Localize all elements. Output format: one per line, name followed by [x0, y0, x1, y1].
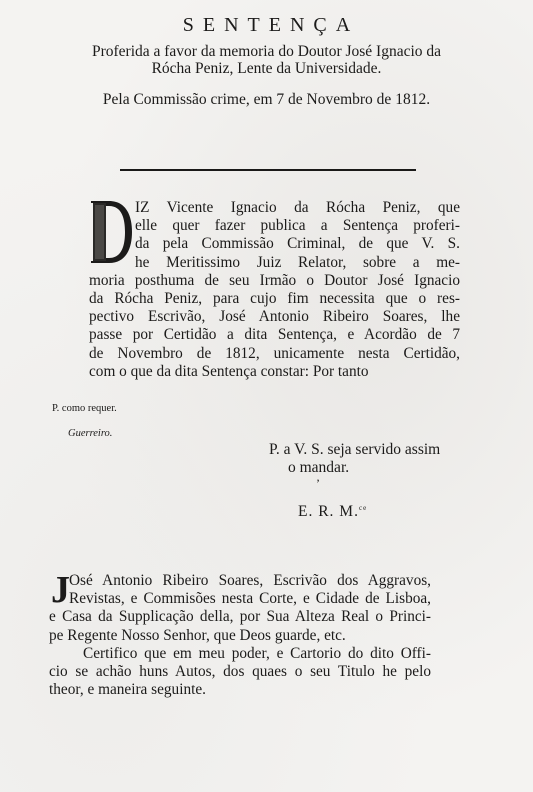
petition-paragraph: IZ Vicente Ignacio da Rócha Peniz, que e… [89, 199, 460, 381]
petition-line: elle quer fazer publica a Sentença profe… [89, 217, 460, 235]
horizontal-rule [120, 169, 416, 171]
document-page: SENTENÇA Proferida a favor da memoria do… [0, 0, 533, 792]
despacho-note: P. como requer. [52, 403, 117, 414]
petition-line: de Novembro de 1812, unicamente nesta Ce… [89, 345, 460, 363]
tick-mark-icon: ’ [316, 476, 320, 491]
certification-line: theor, e maneira seguinte. [49, 681, 431, 699]
petition-line: moria posthuma de seu Irmão o Doutor Jos… [89, 272, 460, 290]
request-line-1: P. a V. S. seja servido assim [269, 441, 440, 459]
certification-line: Revistas, e Commisões nesta Corte, e Cid… [49, 590, 431, 608]
petition-line: pectivo Escrivão, José Antonio Ribeiro S… [89, 308, 460, 326]
petition-line: passe por Certidão a dita Sentença, e Ac… [89, 326, 460, 344]
petition-line: com o que da dita Sentença constar: Por … [89, 363, 460, 381]
certification-paragraph: Osé Antonio Ribeiro Soares, Escrivão dos… [49, 572, 431, 699]
petition-line: he Meritissimo Juiz Relator, sobre a me- [89, 254, 460, 272]
certification-line: cio se achão huns Autos, dos quaes o seu… [49, 663, 431, 681]
subtitle-line-2: Rócha Peniz, Lente da Universidade. [0, 60, 533, 78]
document-title: SENTENÇA [0, 14, 533, 37]
certification-line: Certifico que em meu poder, e Cartorio d… [49, 645, 431, 663]
signature: Guerreiro. [68, 428, 112, 439]
petition-line: IZ Vicente Ignacio da Rócha Peniz, que [89, 199, 460, 217]
closing-erm: E. R. M.ce [298, 503, 367, 521]
date-line: Pela Commissão crime, em 7 de Novembro d… [0, 91, 533, 109]
certification-line: Osé Antonio Ribeiro Soares, Escrivão dos… [49, 572, 431, 590]
certification-line: e Casa da Supplicação della, por Sua Alt… [49, 608, 431, 626]
petition-line: da Rócha Peniz, para cujo fim necessita … [89, 290, 460, 308]
subtitle-line-1: Proferida a favor da memoria do Doutor J… [0, 43, 533, 61]
petition-line: da pela Commissão Criminal, de que V. S. [89, 235, 460, 253]
certification-line: pe Regente Nosso Senhor, que Deos guarde… [49, 627, 431, 645]
request-line-2: o mandar. [288, 459, 349, 477]
closing-superscript: ce [359, 504, 367, 512]
closing-text: E. R. M. [298, 503, 359, 520]
